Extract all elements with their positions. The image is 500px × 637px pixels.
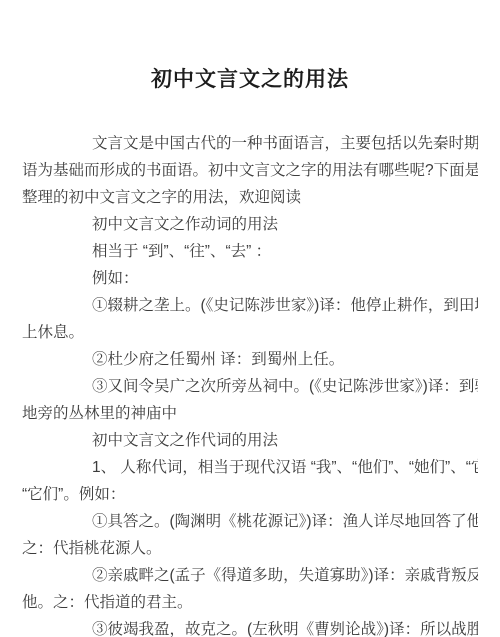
text-line: 他。之：代指道的君主。 [22, 589, 478, 616]
document-body: 文言文是中国古代的一种书面语言，主要包括以先秦时期的口语为基础而形成的书面语。初… [0, 130, 500, 637]
text-line: 相当于 “到”、“往”、“去” ： [22, 238, 478, 265]
text-line: ③彼竭我盈，故克之。(左秋明《曹刿论战》)译：所以战胜了 [22, 616, 478, 637]
page-title: 初中文言文之的用法 [0, 66, 500, 94]
text-line: ③又间令吴广之次所旁丛祠中。(《史记陈涉世家》)译：到驻 [22, 373, 478, 400]
text-line: ②杜少府之任蜀州 译：到蜀州上任。 [22, 346, 478, 373]
text-line: 地旁的丛林里的神庙中 [22, 400, 478, 427]
text-line: 初中文言文之作动词的用法 [22, 211, 478, 238]
text-line: 1、 人称代词，相当于现代汉语 “我”、“他们”、“她们”、“它”、 [22, 454, 478, 481]
document-page: 初中文言文之的用法 文言文是中国古代的一种书面语言，主要包括以先秦时期的口语为基… [0, 0, 500, 637]
text-line: 整理的初中文言文之字的用法，欢迎阅读 [22, 184, 478, 211]
text-line: ①辍耕之垄上。(《史记陈涉世家》)译：他停止耕作，到田埂 [22, 292, 478, 319]
text-line: 初中文言文之作代词的用法 [22, 427, 478, 454]
text-line: ①具答之。(陶渊明《桃花源记》)译：渔人详尽地回答了他们。 [22, 508, 478, 535]
text-line: 例如： [22, 265, 478, 292]
text-line: 上休息。 [22, 319, 478, 346]
text-line: 文言文是中国古代的一种书面语言，主要包括以先秦时期的口 [22, 130, 478, 157]
text-line: ②亲戚畔之(孟子《得道多助，失道寡助》)译：亲戚背叛反对 [22, 562, 478, 589]
text-line: “它们”。例如： [22, 481, 478, 508]
text-line: 语为基础而形成的书面语。初中文言文之字的用法有哪些呢?下面是 [22, 157, 478, 184]
text-line: 之：代指桃花源人。 [22, 535, 478, 562]
